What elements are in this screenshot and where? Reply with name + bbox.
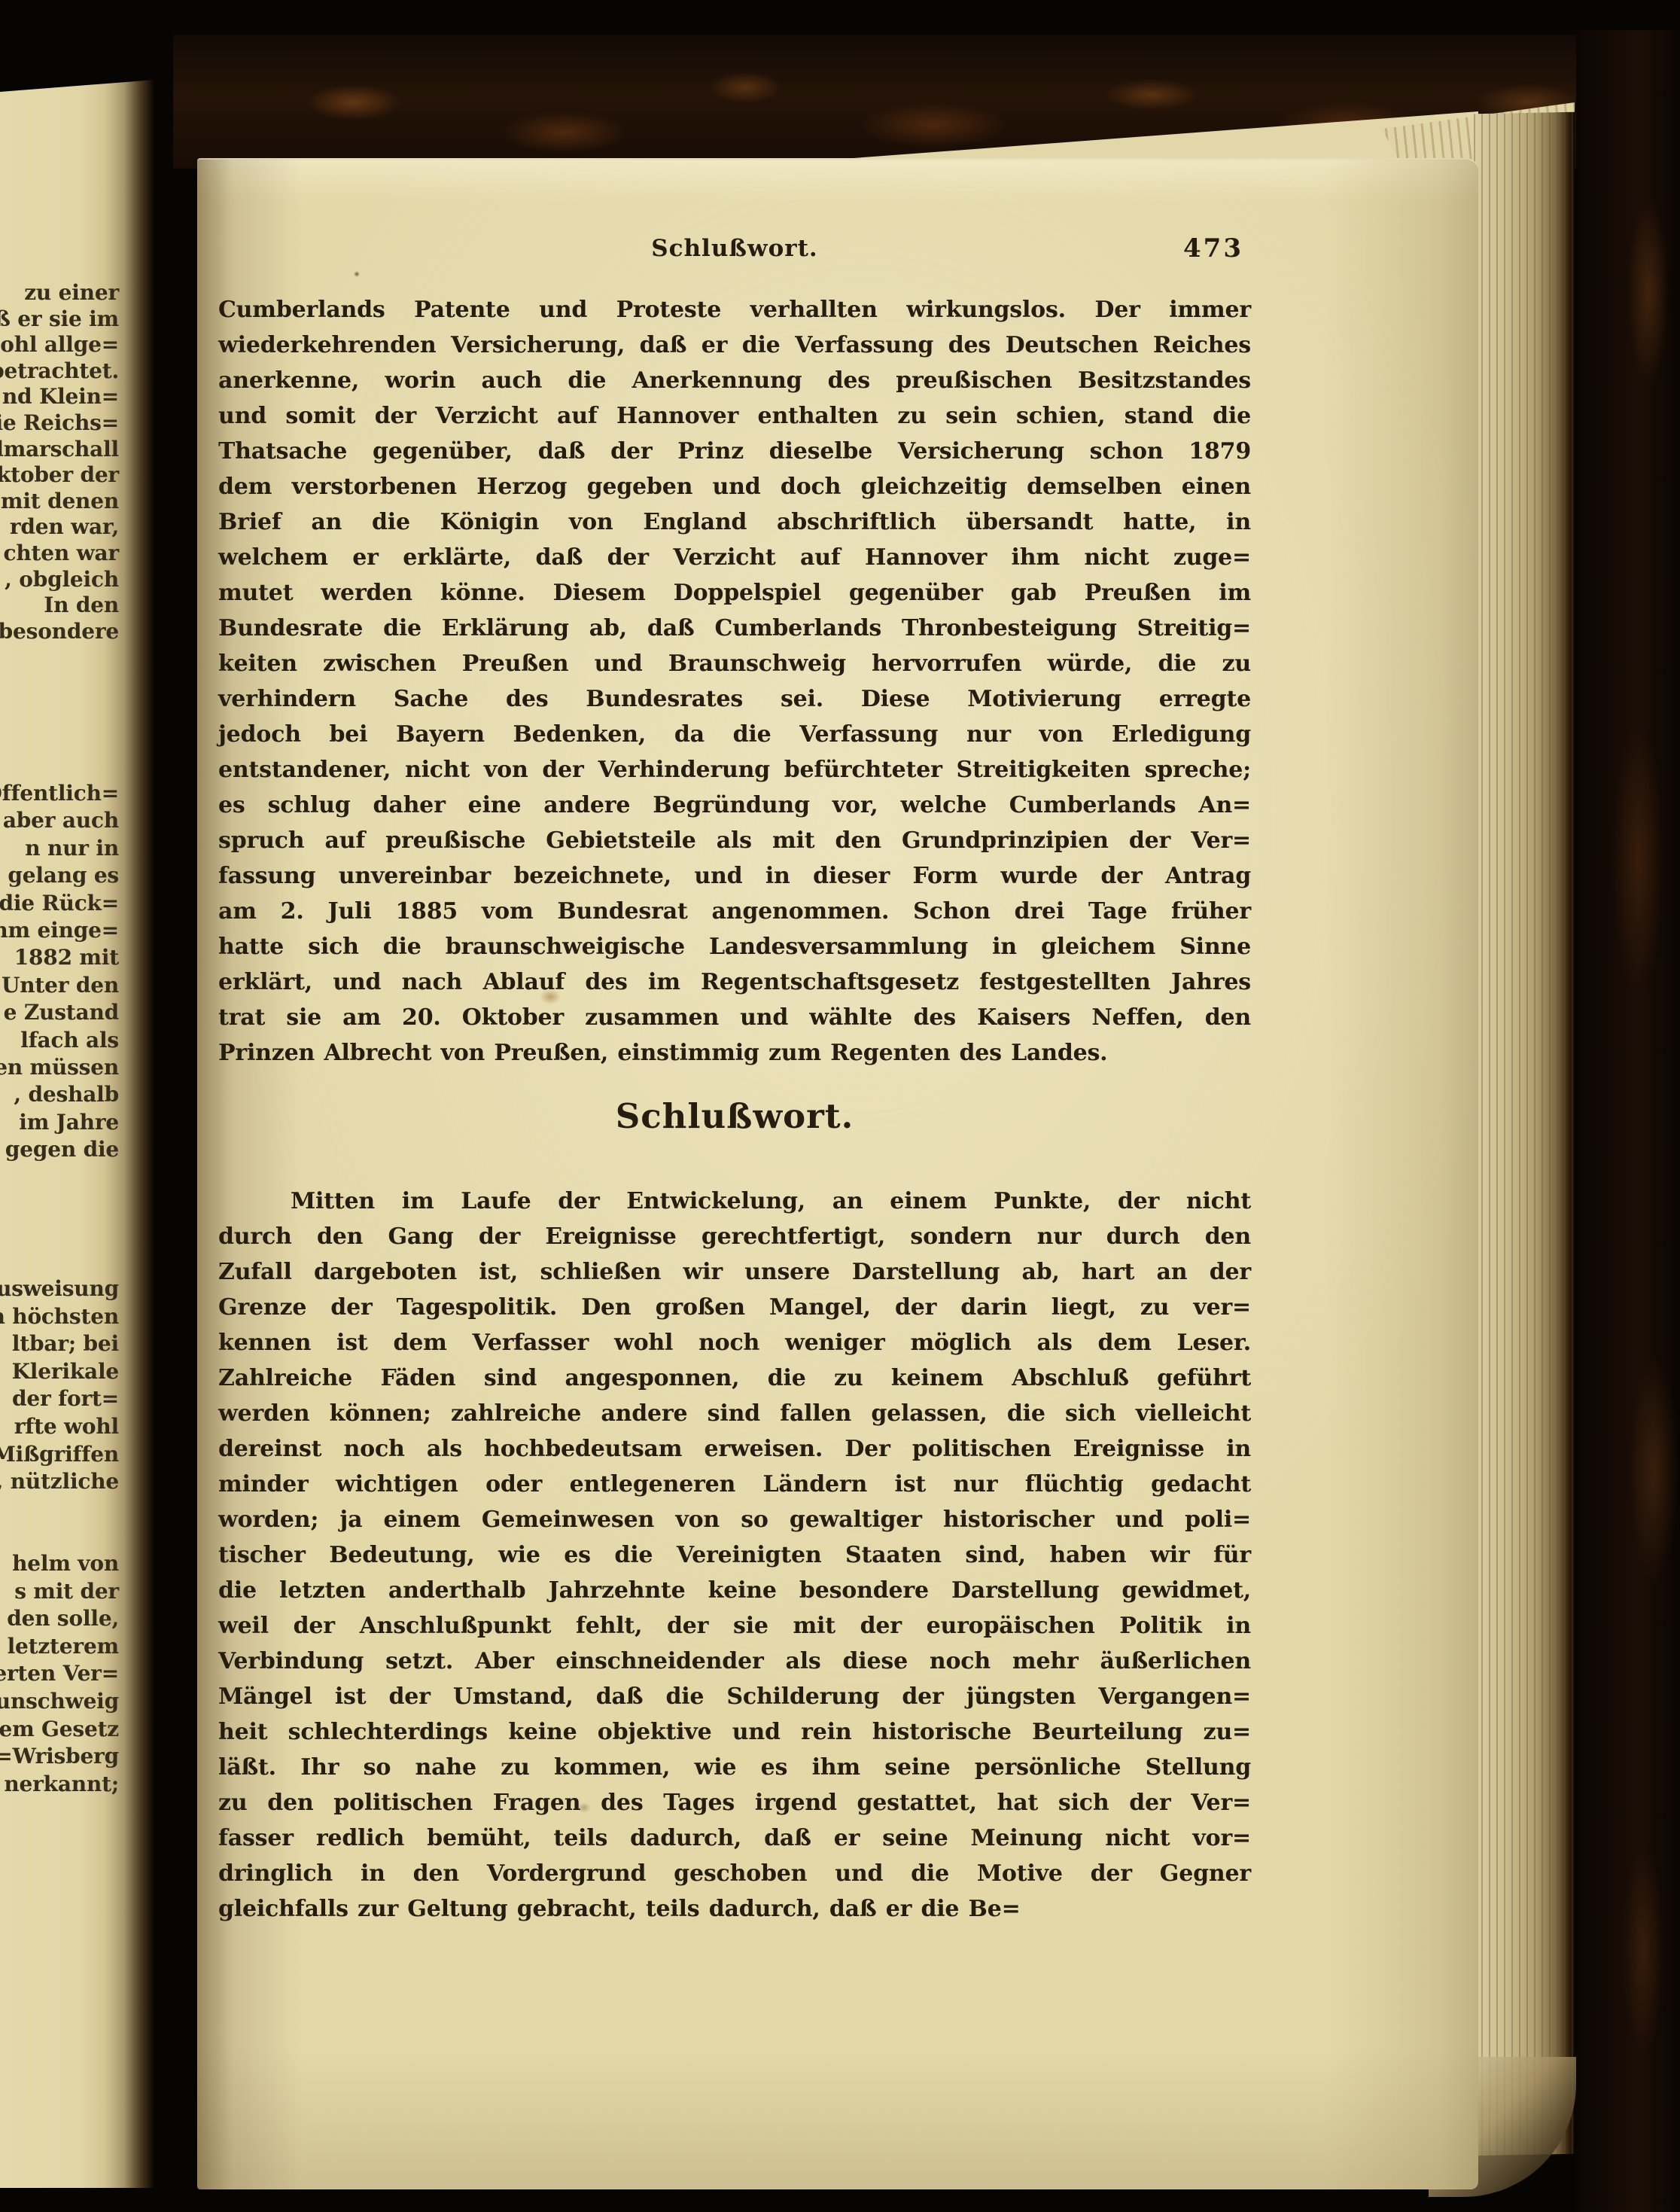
- text-line: heit schlechterdings keine objektive und…: [218, 1714, 1251, 1750]
- text-line: Thatsache gegenüber, daß der Prinz diese…: [218, 434, 1251, 469]
- left-page-line-fragment: Öffentlich=: [0, 780, 119, 807]
- left-page-line-fragment: s mit der: [0, 1578, 119, 1606]
- left-page-line-fragment: hm einge=: [0, 917, 119, 944]
- left-page-line-fragment: ß er sie im: [0, 306, 119, 333]
- text-line: keiten zwischen Preußen und Braunschweig…: [218, 646, 1251, 681]
- left-page-line-fragment: dmarschall: [0, 437, 119, 463]
- text-line: erklärt, und nach Ablauf des im Regentsc…: [218, 964, 1251, 1000]
- left-page-line-fragment: Mißgriffen: [0, 1441, 119, 1469]
- text-line: welchem er erklärte, daß der Verzicht au…: [218, 540, 1251, 575]
- left-page-line-fragment: 1882 mit: [0, 944, 119, 971]
- left-page-line-fragment: , nützliche: [0, 1468, 119, 1496]
- left-page-line-fragment: erten Ver=: [0, 1660, 119, 1688]
- left-page-line-fragment: mit denen: [0, 489, 119, 515]
- text-line: die letzten anderthalb Jahrzehnte keine …: [218, 1573, 1251, 1608]
- left-page-line-fragment: en müssen: [0, 1054, 119, 1081]
- paragraph-1: Cumberlands Patente und Proteste verhall…: [218, 292, 1251, 1071]
- left-page-line-fragment: die Rück=: [0, 890, 119, 917]
- book-photo: zu einerß er sie imohl allge=betrachtet.…: [0, 0, 1680, 2212]
- left-page-line-fragment: n höchsten: [0, 1303, 119, 1331]
- text-line: mutet werden könne. Diesem Doppelspiel g…: [218, 575, 1251, 611]
- left-page-line-fragment: em Gesetz: [0, 1716, 119, 1744]
- left-page-line-fragment: ltbar; bei: [0, 1330, 119, 1358]
- text-line: durch den Gang der Ereignisse gerechtfer…: [218, 1219, 1251, 1254]
- left-page-line-fragment: aber auch: [0, 807, 119, 834]
- text-line: trat sie am 20. Oktober zusammen und wäh…: [218, 1000, 1251, 1035]
- text-line: minder wichtigen oder entlegeneren Lände…: [218, 1467, 1251, 1502]
- text-line: werden können; zahlreiche andere sind fa…: [218, 1396, 1251, 1431]
- left-page-line-fragment: In den: [0, 593, 119, 619]
- text-line: zu den politischen Fragen des Tages irge…: [218, 1785, 1251, 1820]
- left-page-line-fragment: rfte wohl: [0, 1413, 119, 1441]
- text-line: tischer Bedeutung, wie es die Vereinigte…: [218, 1537, 1251, 1573]
- left-page-line-fragment: gegen die: [0, 1136, 119, 1163]
- left-page-line-fragment: letzterem: [0, 1633, 119, 1661]
- left-page-line-fragment: usweisung: [0, 1275, 119, 1303]
- chapter-heading: Schlußwort.: [218, 1096, 1251, 1136]
- text-line: dereinst noch als hochbedeutsam erweisen…: [218, 1431, 1251, 1467]
- left-page-line-fragment: helm von: [0, 1550, 119, 1578]
- text-line: Verbindung setzt. Aber einschneidender a…: [218, 1644, 1251, 1679]
- text-line: und somit der Verzicht auf Hannover enth…: [218, 398, 1251, 434]
- text-line: fassung unvereinbar bezeichnete, und in …: [218, 858, 1251, 894]
- text-line: jedoch bei Bayern Bedenken, da die Verfa…: [218, 717, 1251, 752]
- text-line: Mängel ist der Umstand, daß die Schilder…: [218, 1679, 1251, 1714]
- text-line: wiederkehrenden Versicherung, daß er die…: [218, 328, 1251, 363]
- left-page-line-fragment: , obgleich: [0, 567, 119, 593]
- text-line: Zahlreiche Fäden sind angesponnen, die z…: [218, 1360, 1251, 1396]
- left-page-line-fragment: e Zustand: [0, 999, 119, 1026]
- text-line: Bundesrate die Erklärung ab, daß Cumberl…: [218, 611, 1251, 646]
- text-line: läßt. Ihr so nahe zu kommen, wie es ihm …: [218, 1750, 1251, 1785]
- text-line: hatte sich die braunschweigische Landesv…: [218, 929, 1251, 964]
- left-page-line-fragment: , deshalb: [0, 1081, 119, 1108]
- left-page-text-block: Öffentlich=aber auchn nur ingelang esdie…: [0, 780, 119, 1164]
- book-page: Schlußwort. 473 Cumberlands Patente und …: [197, 158, 1478, 2189]
- left-page-line-fragment: den solle,: [0, 1605, 119, 1633]
- text-line: Brief an die Königin von England abschri…: [218, 504, 1251, 540]
- left-page-line-fragment: =Wrisberg: [0, 1743, 119, 1771]
- text-line: Mitten im Laufe der Entwickelung, an ein…: [218, 1184, 1251, 1219]
- text-line: gleichfalls zur Geltung gebracht, teils …: [218, 1891, 1251, 1927]
- left-page-text-block: helm vons mit derden solle,letzteremerte…: [0, 1550, 119, 1798]
- left-page-line-fragment: ie Reichs=: [0, 410, 119, 437]
- paragraph-2: Mitten im Laufe der Entwickelung, an ein…: [218, 1184, 1251, 1927]
- left-page-text-block: usweisungn höchstenltbar; beiKlerikalede…: [0, 1275, 119, 1496]
- left-page-line-fragment: betrachtet.: [0, 358, 119, 385]
- left-page-line-fragment: im Jahre: [0, 1109, 119, 1136]
- left-page-line-fragment: Unter den: [0, 972, 119, 999]
- text-line: dem verstorbenen Herzog gegeben und doch…: [218, 469, 1251, 504]
- left-page-line-fragment: ktober der: [0, 462, 119, 489]
- left-page-line-fragment: rden war,: [0, 514, 119, 541]
- left-page-line-fragment: nerkannt;: [0, 1771, 119, 1799]
- running-header: Schlußwort.: [218, 235, 1251, 262]
- text-line: kennen ist dem Verfasser wohl noch wenig…: [218, 1325, 1251, 1360]
- text-line: Grenze der Tagespolitik. Den großen Mang…: [218, 1290, 1251, 1325]
- text-line: Cumberlands Patente und Proteste verhall…: [218, 292, 1251, 328]
- text-line: fasser redlich bemüht, teils dadurch, da…: [218, 1820, 1251, 1856]
- text-column: Schlußwort. 473 Cumberlands Patente und …: [218, 160, 1251, 2189]
- left-page-line-fragment: nd Klein=: [0, 384, 119, 410]
- page-header: Schlußwort. 473: [218, 235, 1251, 273]
- left-page-line-fragment: ohl allge=: [0, 332, 119, 358]
- left-page-line-fragment: n nur in: [0, 835, 119, 862]
- text-line: entstandener, nicht von der Verhinderung…: [218, 752, 1251, 788]
- left-page-line-fragment: lfach als: [0, 1027, 119, 1054]
- left-page-line-fragment: gelang es: [0, 862, 119, 889]
- text-line: Zufall dargeboten ist, schließen wir uns…: [218, 1254, 1251, 1290]
- left-page-line-fragment: der fort=: [0, 1385, 119, 1413]
- left-page-line-fragment: zu einer: [0, 280, 119, 306]
- text-line: anerkenne, worin auch die Anerkennung de…: [218, 363, 1251, 398]
- text-line: spruch auf preußische Gebietsteile als m…: [218, 823, 1251, 858]
- text-line: worden; ja einem Gemeinwesen von so gewa…: [218, 1502, 1251, 1537]
- book-cover-right: [1576, 30, 1680, 2212]
- page-edge-stack: [1474, 112, 1575, 2156]
- left-page-line-fragment: unschweig: [0, 1688, 119, 1716]
- left-page-line-fragment: chten war: [0, 541, 119, 567]
- text-line: am 2. Juli 1885 vom Bundesrat angenommen…: [218, 894, 1251, 929]
- left-page-text-block: zu einerß er sie imohl allge=betrachtet.…: [0, 280, 119, 644]
- left-page-line-fragment: Klerikale: [0, 1358, 119, 1386]
- text-line: es schlug daher eine andere Begründung v…: [218, 788, 1251, 823]
- text-line: weil der Anschlußpunkt fehlt, der sie mi…: [218, 1608, 1251, 1644]
- text-line: verhindern Sache des Bundesrates sei. Di…: [218, 681, 1251, 717]
- text-line: Prinzen Albrecht von Preußen, einstimmig…: [218, 1035, 1251, 1071]
- left-page-line-fragment: sbesondere: [0, 619, 119, 645]
- text-line: dringlich in den Vordergrund geschoben u…: [218, 1856, 1251, 1891]
- page-number: 473: [1183, 233, 1243, 264]
